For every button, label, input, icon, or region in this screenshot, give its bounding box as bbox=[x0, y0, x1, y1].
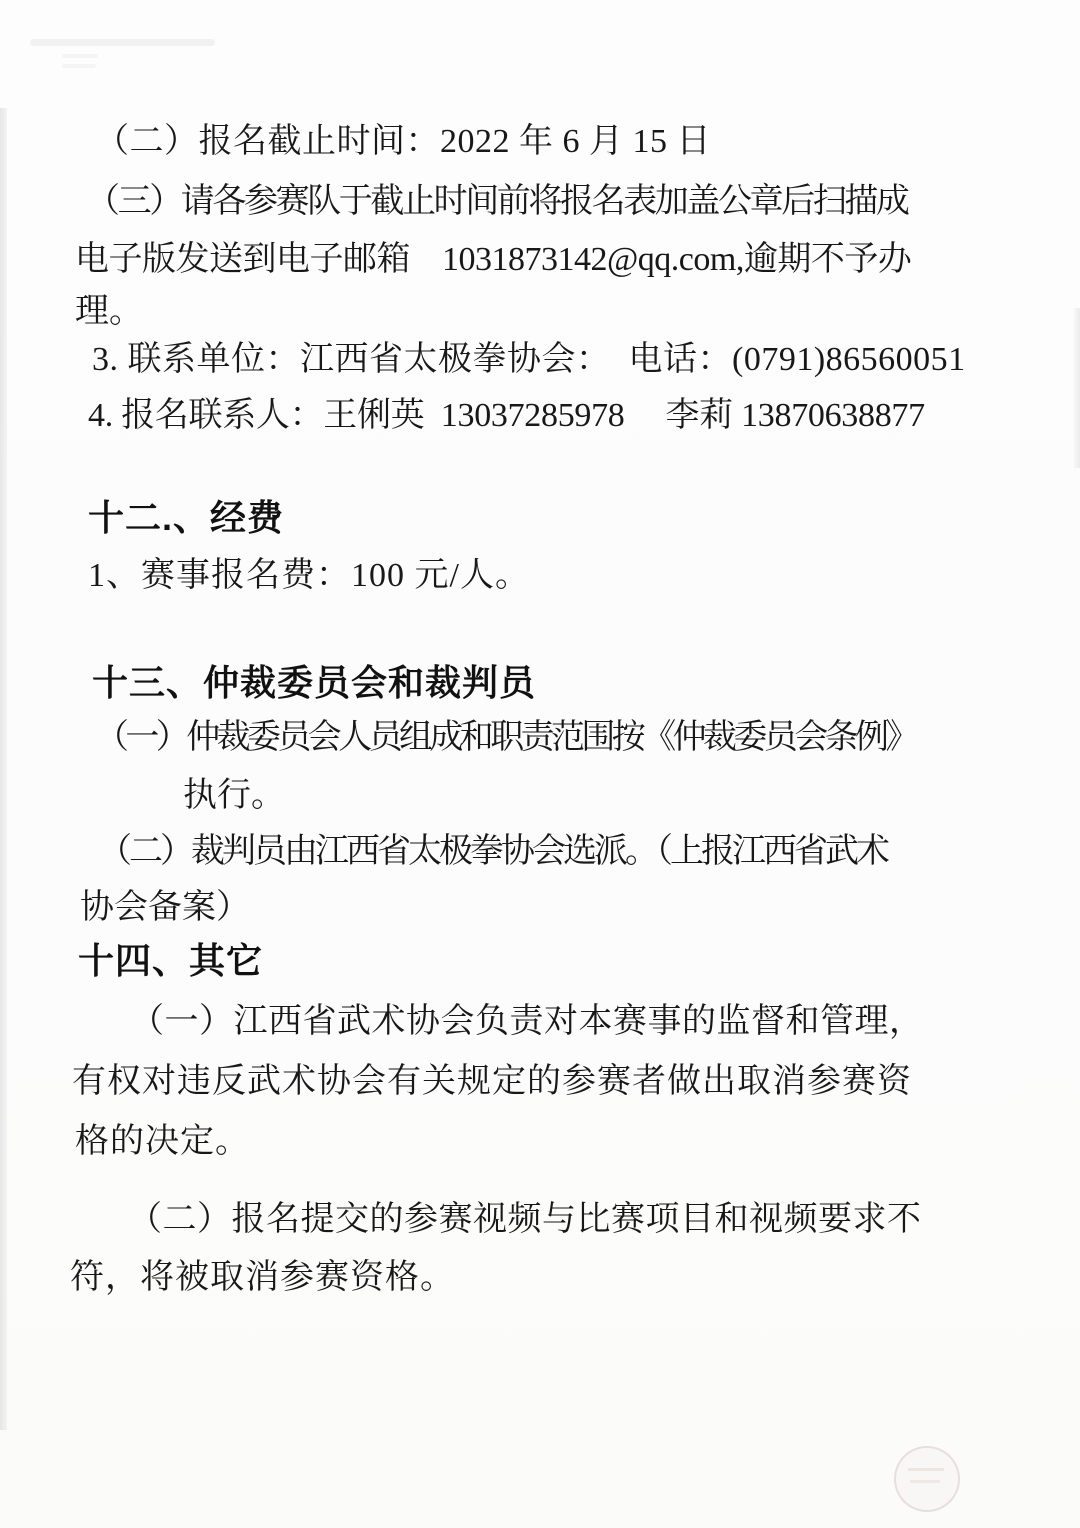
line-contact-persons: 4. 报名联系人：王俐英 13037285978 李莉 13870638877 bbox=[88, 396, 925, 436]
line-registration-deadline: （二）报名截止时间：2022 年 6 月 15 日 bbox=[95, 122, 711, 162]
line-submit-instructions-3: 理。 bbox=[75, 292, 143, 332]
line-submit-instructions-1: （三）请各参赛队于截止时间前将报名表加盖公章后扫描成 bbox=[86, 182, 908, 222]
scan-smudge-small-1 bbox=[62, 54, 98, 58]
line-arbitration-item1-2: 执行。 bbox=[183, 776, 285, 816]
line-registration-fee: 1、赛事报名费：100 元/人。 bbox=[88, 556, 530, 596]
document-page: （二）报名截止时间：2022 年 6 月 15 日 （三）请各参赛队于截止时间前… bbox=[0, 0, 1080, 1528]
scan-smudge-small-2 bbox=[62, 64, 96, 68]
heading-section-14-other: 十四、其它 bbox=[78, 940, 263, 982]
heading-section-13-arbitration: 十三、仲裁委员会和裁判员 bbox=[92, 662, 536, 704]
line-other-item1-3: 格的决定。 bbox=[75, 1122, 250, 1162]
heading-section-12-funding: 十二.、经费 bbox=[88, 497, 284, 539]
stamp-watermark-icon bbox=[894, 1446, 960, 1512]
line-other-item1-2: 有权对违反武术协会有关规定的参赛者做出取消参赛资 bbox=[72, 1062, 912, 1102]
scan-smudge-top bbox=[30, 39, 215, 46]
line-other-item2-2: 符，将被取消参赛资格。 bbox=[70, 1258, 455, 1298]
line-contact-organization: 3. 联系单位：江西省太极拳协会： 电话：(0791)86560051 bbox=[92, 340, 966, 380]
line-arbitration-item2-2: 协会备案） bbox=[80, 888, 250, 928]
scan-edge-left-shadow bbox=[0, 108, 7, 1430]
line-arbitration-item2-1: （二）裁判员由江西省太极拳协会选派。（上报江西省武术 bbox=[98, 832, 887, 872]
scan-edge-right-shadow bbox=[1074, 308, 1080, 468]
line-arbitration-item1-1: （一）仲裁委员会人员组成和职责范围按《仲裁委员会条例》 bbox=[95, 718, 916, 758]
line-submit-instructions-2: 电子版发送到电子邮箱 1031873142@qq.com,逾期不予办 bbox=[75, 240, 911, 280]
line-other-item2-1: （二）报名提交的参赛视频与比赛项目和视频要求不 bbox=[128, 1200, 922, 1240]
line-other-item1-1: （一）江西省武术协会负责对本赛事的监督和管理， bbox=[130, 1002, 924, 1042]
